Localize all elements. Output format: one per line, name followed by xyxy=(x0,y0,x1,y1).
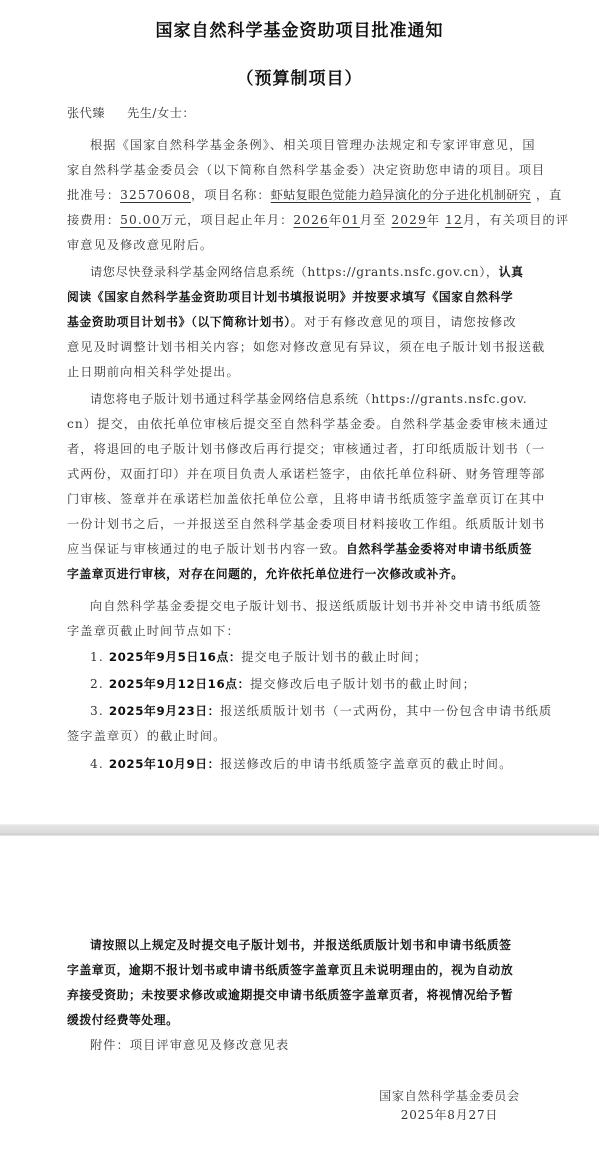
paragraph-3-line: 应当保证与审核通过的电子版计划书内容一致。自然科学基金委将对申请书纸质签 xyxy=(67,541,513,557)
paragraph-2-line: 意见及时调整计划书相关内容；如您对修改意见有异议，须在电子版计划书报送截 xyxy=(67,339,513,355)
paragraph-2-line: 阅读《国家自然科学基金资助项目计划书填报说明》并按要求填写《国家自然科学 xyxy=(67,289,513,305)
paragraph-3-line: 门审核、签章并在承诺栏加盖依托单位公章，且将申请书纸质签字盖章页订在其中 xyxy=(67,491,513,507)
honorific: 先生/女士： xyxy=(127,106,195,120)
deadline-date: 2025年9月5日16点： xyxy=(109,650,241,664)
page-break-divider xyxy=(0,824,599,836)
paragraph-5-line: 缓拨付经费等处理。 xyxy=(67,1012,513,1028)
deadline-item-continuation: 签字盖章页）的截止时间。 xyxy=(67,728,513,744)
recipient-name: 张代臻 xyxy=(67,106,105,120)
document-title: 国家自然科学基金资助项目批准通知 xyxy=(0,16,599,41)
deadline-date: 2025年10月9日： xyxy=(109,757,220,771)
paragraph-1-line: 接费用：50.00万元，项目起止年月：2026年01月至 2029年 12月，有… xyxy=(67,212,513,228)
attachment-note: 附件：项目评审意见及修改意见表 xyxy=(90,1037,513,1053)
end-month: 12 xyxy=(445,213,463,227)
paragraph-2-line: 请您尽快登录科学基金网络信息系统（https://grants.nsfc.gov… xyxy=(90,264,513,280)
direct-cost: 50.00 xyxy=(120,213,160,227)
document-page-2: 请按照以上规定及时提交电子版计划书，并报送纸质版计划书和申请书纸质签 字盖章页，… xyxy=(0,836,599,1155)
end-year: 2029 xyxy=(391,213,426,227)
paragraph-3-line: 字盖章页进行审核，对存在问题的，允许依托单位进行一次修改或补齐。 xyxy=(67,566,513,582)
paragraph-3-line: cn）提交，由依托单位审核后提交至自然科学基金委。自然科学基金委审核未通过 xyxy=(67,416,513,432)
paragraph-3-line: 者，将退回的电子版计划书修改后再行提交；审核通过者，打印纸质版计划书（一 xyxy=(67,441,513,457)
deadline-item: 4. 2025年10月9日：报送修改后的申请书纸质签字盖章页的截止时间。 xyxy=(90,756,536,772)
signature-organization: 国家自然科学基金委员会 xyxy=(300,1087,599,1104)
deadline-item: 3. 2025年9月23日：报送纸质版计划书（一式两份，其中一份包含申请书纸质 xyxy=(90,703,536,719)
paragraph-4-line: 向自然科学基金委提交电子版计划书、报送纸质版计划书并补交申请书纸质签 xyxy=(90,598,513,614)
deadline-date: 2025年9月23日： xyxy=(109,704,220,718)
paragraph-5-line: 字盖章页，逾期不报计划书或申请书纸质签字盖章页且未说明理由的，视为自动放 xyxy=(67,962,513,978)
paragraph-1-line: 批准号：32570608，项目名称：虾蛄复眼色觉能力趋异演化的分子进化机制研究 … xyxy=(67,187,513,203)
paragraph-1-line: 审意见及修改意见附后。 xyxy=(67,237,513,253)
paragraph-5-line: 请按照以上规定及时提交电子版计划书，并报送纸质版计划书和申请书纸质签 xyxy=(90,937,513,953)
document-page-1: 国家自然科学基金资助项目批准通知 （预算制项目） 张代臻先生/女士： 根据《国家… xyxy=(0,0,599,824)
paragraph-3-line: 一份计划书之后，一并报送至自然科学基金委项目材料接收工作组。纸质版计划书 xyxy=(67,516,513,532)
signature-date: 2025年8月27日 xyxy=(300,1106,599,1123)
project-name: 虾蛄复眼色觉能力趋异演化的分子进化机制研究 xyxy=(271,188,531,202)
paragraph-3-line: 请您将电子版计划书通过科学基金网络信息系统（https://grants.nsf… xyxy=(90,391,513,407)
salutation: 张代臻先生/女士： xyxy=(67,105,513,121)
document-subtitle: （预算制项目） xyxy=(0,64,599,89)
deadline-item: 2. 2025年9月12日16点：提交修改后电子版计划书的截止时间； xyxy=(90,676,536,692)
paragraph-1-line: 根据《国家自然科学基金条例》、相关项目管理办法规定和专家评审意见，国 xyxy=(90,137,513,153)
deadline-date: 2025年9月12日16点： xyxy=(109,677,250,691)
start-month: 01 xyxy=(342,213,360,227)
paragraph-1-line: 家自然科学基金委员会（以下简称自然科学基金委）决定资助您申请的项目。项目 xyxy=(67,162,513,178)
paragraph-2-line: 基金资助项目计划书》（以下简称计划书）。对于有修改意见的项目，请您按修改 xyxy=(67,314,513,330)
paragraph-3-line: 式两份，双面打印）并在项目负责人承诺栏签字，由依托单位科研、财务管理等部 xyxy=(67,466,513,482)
deadline-item: 1. 2025年9月5日16点：提交电子版计划书的截止时间； xyxy=(90,649,536,665)
start-year: 2026 xyxy=(293,213,328,227)
paragraph-5-line: 弃接受资助；未按要求修改或逾期提交申请书纸质签字盖章页者，将视情况给予暂 xyxy=(67,987,513,1003)
paragraph-4-line: 字盖章页截止时间节点如下： xyxy=(67,623,513,639)
paragraph-2-line: 止日期前向相关科学处提出。 xyxy=(67,364,513,380)
approval-number: 32570608 xyxy=(120,188,191,202)
